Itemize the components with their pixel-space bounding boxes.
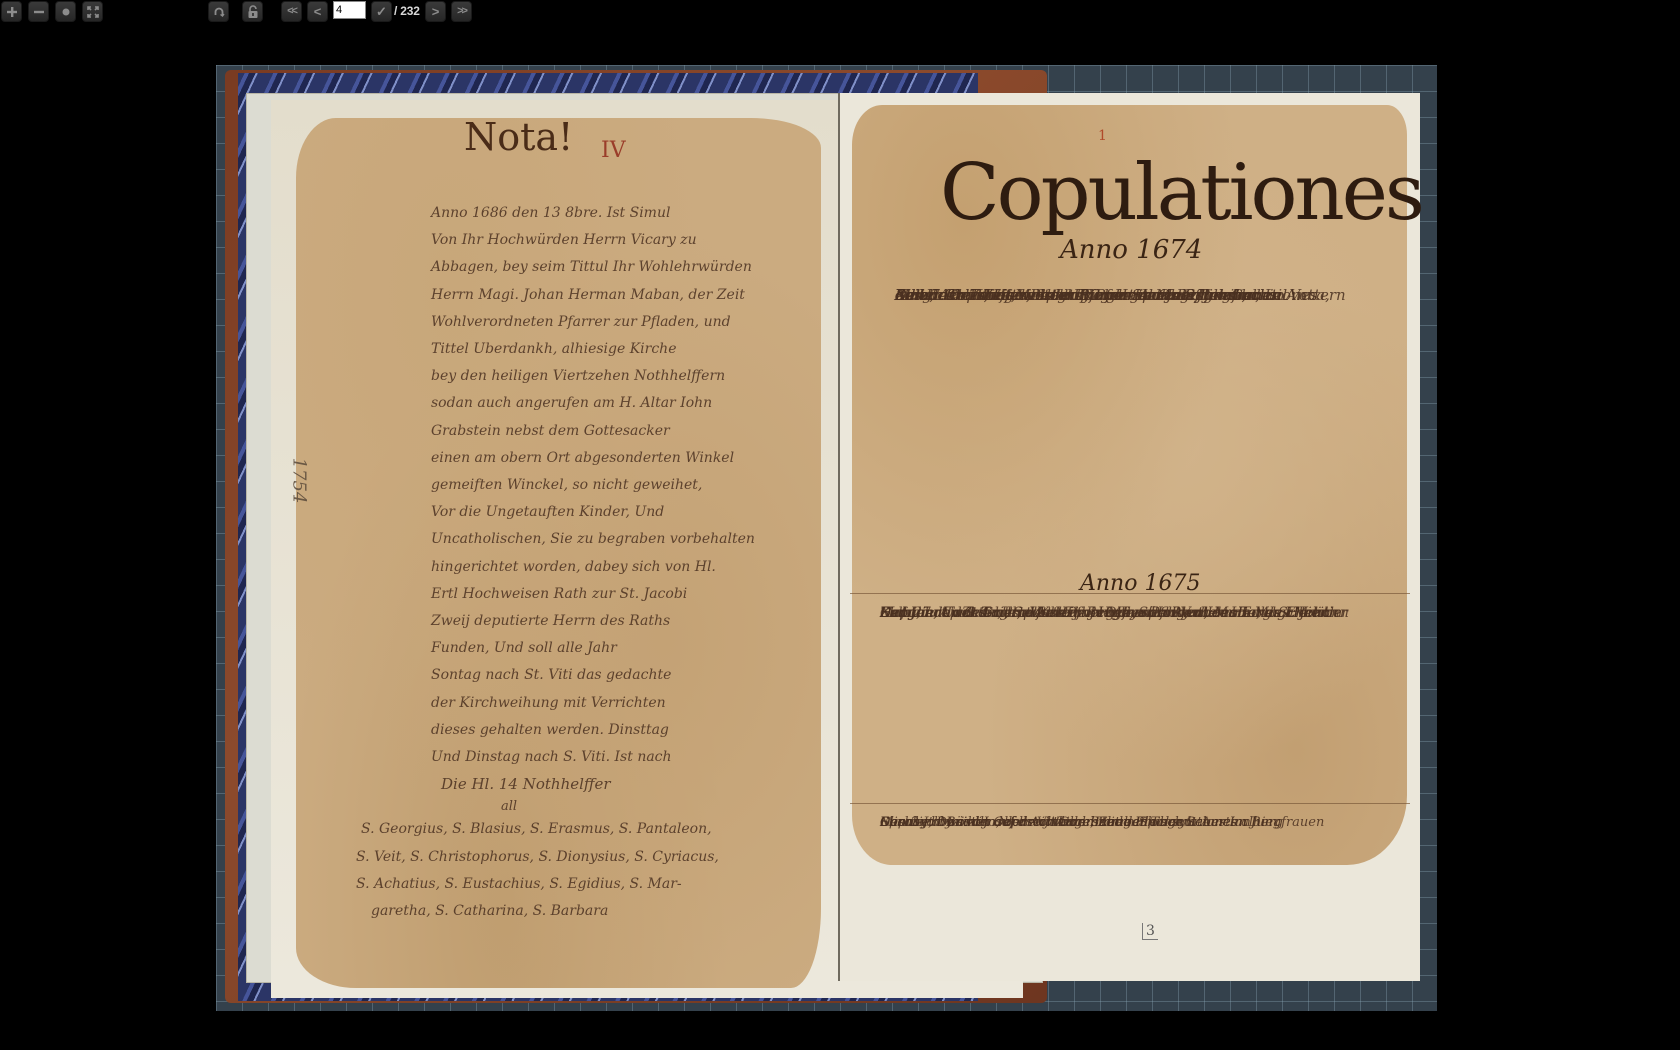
section-year-1675: Anno 1675 bbox=[1080, 571, 1200, 596]
text-line-17: Sontag nach St. Viti das gedachte bbox=[431, 662, 811, 689]
text-line-1: Von Ihr Hochwürden Herrn Vicary zu bbox=[431, 227, 811, 254]
double-chevron-right-icon: >> bbox=[457, 6, 466, 17]
folio-number: 3 bbox=[1142, 923, 1158, 940]
text-line-10: gemeiften Winckel, so nicht geweihet, bbox=[431, 472, 811, 499]
checkmark-icon: ✓ bbox=[376, 5, 387, 18]
entry-line: Zeugen, Undt Gabriel Kolb von Oberstamba… bbox=[880, 599, 1214, 628]
text-line-6: bey den heiligen Viertzehen Nothhelffern bbox=[431, 363, 811, 390]
text-line-24: S. Veit, S. Christophorus, S. Dionysius,… bbox=[356, 844, 811, 871]
double-chevron-left-icon: << bbox=[287, 6, 296, 17]
text-line-8: Grabstein nebst dem Gottesacker bbox=[431, 418, 811, 445]
text-line-26: garetha, S. Catharina, S. Barbara bbox=[371, 898, 811, 925]
text-line-20: Und Dinstag nach S. Viti. Ist nach bbox=[431, 744, 811, 771]
text-line-18: der Kirchweihung mit Verrichten bbox=[431, 690, 811, 717]
previous-page-button[interactable]: < bbox=[307, 1, 328, 22]
fit-screen-icon bbox=[87, 6, 99, 18]
text-line-12: Uncatholischen, Sie zu begraben vorbehal… bbox=[431, 526, 811, 553]
dot-icon bbox=[60, 6, 72, 18]
next-page-button[interactable]: > bbox=[425, 1, 446, 22]
text-line-25: S. Achatius, S. Eustachius, S. Egidius, … bbox=[356, 871, 811, 898]
first-page-button[interactable]: << bbox=[281, 1, 302, 22]
zoom-out-button[interactable] bbox=[28, 1, 49, 22]
text-line-15: Zweij deputierte Herrn des Raths bbox=[431, 608, 811, 635]
text-line-4: Wohlverordneten Pfarrer zur Pfladen, und bbox=[431, 309, 811, 336]
chevron-right-icon: > bbox=[432, 5, 440, 18]
text-line-7: sodan auch angerufen am H. Altar Iohn bbox=[431, 390, 811, 417]
page-number-input[interactable] bbox=[333, 1, 366, 19]
entry-line: Maurer, Daniel Joseph von Oberstambach. bbox=[880, 809, 1160, 836]
text-line-11: Vor die Ungetauften Kinder, Und bbox=[431, 499, 811, 526]
text-line-22: all bbox=[431, 798, 811, 816]
left-page-text: Anno 1686 den 13 8bre. Ist Simul Von Ihr… bbox=[431, 200, 811, 925]
fit-screen-button[interactable] bbox=[82, 1, 103, 22]
lock-button[interactable] bbox=[242, 1, 263, 22]
last-page-button[interactable]: >> bbox=[451, 1, 472, 22]
reset-zoom-button[interactable] bbox=[55, 1, 76, 22]
text-line-9: einen am obern Ort abgesonderten Winkel bbox=[431, 445, 811, 472]
viewer-toolbar: << < ✓ / 232 > >> bbox=[0, 0, 1680, 24]
text-line-23: S. Georgius, S. Blasius, S. Erasmus, S. … bbox=[361, 816, 811, 843]
page-total: / 232 bbox=[394, 4, 420, 18]
text-line-3: Herrn Magi. Johan Herman Maban, der Zeit bbox=[431, 282, 811, 309]
rotate-icon bbox=[213, 6, 225, 18]
plus-icon bbox=[6, 6, 18, 18]
text-line-13: hingerichtet worden, dabey sich von Hl. bbox=[431, 554, 811, 581]
unlock-icon bbox=[247, 5, 259, 19]
text-line-21: Die Hl. 14 Nothhelffer bbox=[431, 771, 811, 798]
right-page: 1 Copulationes Anno 1674 Den 7. Octobris… bbox=[838, 93, 1420, 981]
text-line-5: Tittel Uberdankh, alhiesige Kirche bbox=[431, 336, 811, 363]
text-line-14: Ertl Hochweisen Rath zur St. Jacobi bbox=[431, 581, 811, 608]
section-divider bbox=[850, 803, 1410, 804]
text-line-19: dieses gehalten werden. Dinsttag bbox=[431, 717, 811, 744]
left-page-heading: Nota! bbox=[464, 115, 573, 159]
minus-icon bbox=[33, 6, 45, 18]
page-number-mark: 1 bbox=[1098, 128, 1107, 144]
zoom-in-button[interactable] bbox=[1, 1, 22, 22]
entry-line: Kolb, der Zeit gewester Pfarrer in Obers… bbox=[895, 279, 1274, 311]
text-line-16: Funden, Und soll alle Jahr bbox=[431, 635, 811, 662]
roman-numeral-mark: IV bbox=[601, 138, 626, 163]
chevron-left-icon: < bbox=[314, 5, 322, 18]
margin-year: 1754 bbox=[288, 458, 309, 504]
register-title: Copulationes bbox=[940, 148, 1422, 238]
section-year-1674: Anno 1674 bbox=[1060, 235, 1202, 265]
document-scan-viewer[interactable]: Nota! IV 1754 Anno 1686 den 13 8bre. Ist… bbox=[216, 65, 1437, 1011]
text-line-2: Abbagen, bey seim Tittul Ihr Wohlehrwürd… bbox=[431, 254, 811, 281]
text-line-0: Anno 1686 den 13 8bre. Ist Simul bbox=[431, 200, 811, 227]
rotate-button[interactable] bbox=[208, 1, 229, 22]
go-to-page-button[interactable]: ✓ bbox=[371, 1, 392, 22]
